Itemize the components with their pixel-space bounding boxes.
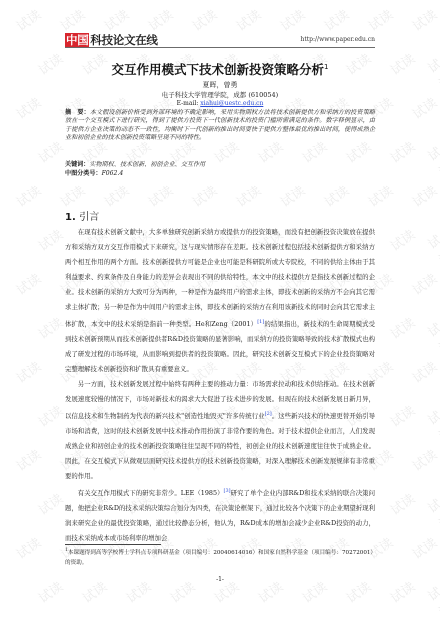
body-text: 在现有技术创新文献中，大多单独研究创新采纳方或提供方的投资策略，而没有把创新投资… (65, 225, 375, 546)
logo-red-part: 中国 (65, 33, 89, 47)
site-url[interactable]: http://www.paper.edu.cn (300, 36, 375, 43)
paragraph: 另一方面，技术创新发展过程中始终有两种主要的推动力量：市场需求拉动和技术供给推动… (65, 377, 375, 484)
watermark-text: 试读 (12, 356, 44, 386)
paper-title: 交互作用模式下技术创新投资策略分析1 (65, 60, 375, 78)
watermark-text: 试读 (144, 180, 176, 210)
watermark-text: 试读 (34, 224, 66, 254)
watermark-text: 试读 (34, 488, 66, 518)
watermark-text: 试读 (12, 532, 44, 562)
abstract-text: 本文假设创新价格受到外部环境的不确定影响，采用实物期权方法将技术创新提供方和采纳… (65, 109, 375, 141)
watermark-text: 试读 (232, 180, 264, 210)
email-link[interactable]: xiahui@uestc.edu.cn (200, 100, 263, 107)
watermark-text: 试读 (386, 136, 418, 166)
watermark-text: 试读 (408, 356, 440, 386)
site-logo[interactable]: 中国科技论文在线 (65, 32, 158, 48)
abstract-label: 摘 要： (65, 109, 90, 116)
watermark-text: 试读 (12, 444, 44, 474)
watermark-text: 试读 (423, 494, 440, 533)
watermark-text: 试读 (386, 400, 418, 430)
watermark-text: 试读 (423, 406, 440, 445)
citation-link[interactable]: [2] (265, 411, 272, 417)
watermark-text: 试读 (386, 48, 418, 78)
authors: 夏晖，曾勇 (65, 80, 375, 90)
email-line: E-mail: xiahui@uestc.edu.cn (65, 100, 375, 107)
watermark-text: 试读 (408, 532, 440, 562)
watermark-text: 试读 (276, 180, 308, 210)
watermark-text: 试读 (364, 180, 396, 210)
page-number: -1- (65, 576, 375, 583)
watermark-text: 试读 (423, 142, 440, 181)
logo-text: 科技论文在线 (90, 33, 157, 47)
watermark-text: 试读 (386, 488, 418, 518)
watermark-text: 试读 (12, 268, 44, 298)
watermark-text: 试读 (423, 230, 440, 269)
watermark-text: 试读 (34, 400, 66, 430)
watermark-text: 试读 (386, 312, 418, 342)
watermark-text: 试读 (34, 48, 66, 78)
watermark-text: 试读 (34, 136, 66, 166)
watermark-text: 试读 (320, 180, 352, 210)
watermark-text: 试读 (423, 318, 440, 357)
watermark-text: 试读 (386, 224, 418, 254)
watermark-text: 试读 (408, 444, 440, 474)
watermark-text: 试读 (408, 4, 440, 34)
paragraph: 在现有技术创新文献中，大多单独研究创新采纳方或提供方的投资策略，而没有把创新投资… (65, 225, 375, 377)
affiliation: 电子科技大学管理学院，成都 (610054) (65, 90, 375, 99)
keywords: 关键词：实物期权、技术创新、初创企业、交互作用 (65, 159, 375, 168)
classification-number: 中图分类号：F062.4 (65, 168, 375, 177)
watermark-text: 试读 (12, 92, 44, 122)
footnote-divider (65, 544, 161, 545)
watermark-text: 试读 (408, 268, 440, 298)
watermark-text: 试读 (408, 92, 440, 122)
citation-link[interactable]: [3] (224, 488, 231, 494)
watermark-text: 试读 (408, 180, 440, 210)
paragraph: 有关交互作用模式下的研究非常少。LEE（1985）[3]研究了单个企业内部R&D… (65, 484, 375, 546)
watermark-text: 试读 (100, 180, 132, 210)
title-footnote-mark: 1 (324, 63, 328, 71)
section-heading: 1. 引言 (65, 208, 99, 223)
watermark-text: 试读 (34, 312, 66, 342)
watermark-text: 试读 (12, 180, 44, 210)
watermark-text: 试读 (386, 576, 418, 606)
watermark-text: 试读 (34, 576, 66, 606)
watermark-text: 试读 (12, 4, 44, 34)
abstract: 摘 要：本文假设创新价格受到外部环境的不确定影响，采用实物期权方法将技术创新提供… (65, 109, 375, 143)
watermark-text: 试读 (423, 54, 440, 93)
watermark-text: 试读 (188, 180, 220, 210)
watermark-text: 试读 (423, 582, 440, 620)
footnote: 1本课题得到高等学校博士学科点专项科研基金（项目编号：20040614016）和… (65, 546, 375, 568)
watermark-text: 试读 (56, 180, 88, 210)
page-header: 中国科技论文在线 http://www.paper.edu.cn (65, 31, 375, 48)
